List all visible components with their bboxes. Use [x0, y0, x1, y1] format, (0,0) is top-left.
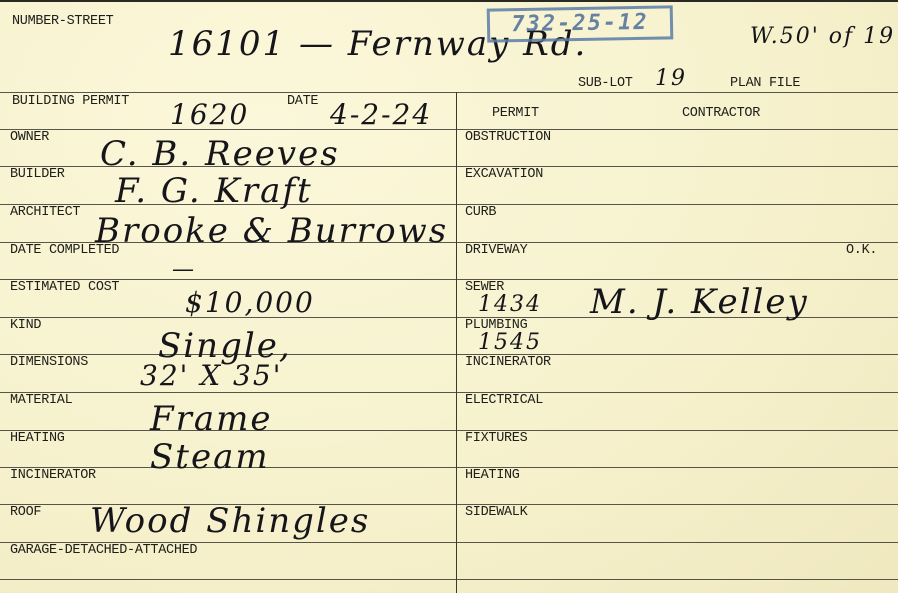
- file-number-stamp: 732-25-12: [487, 5, 674, 42]
- ruled-line: [0, 354, 898, 355]
- permit-driveway-note: O.K.: [846, 243, 877, 259]
- ruled-line: [0, 579, 898, 580]
- building-permit-value: 1620: [170, 98, 249, 131]
- kind-label: KIND: [10, 318, 41, 334]
- owner-label: OWNER: [10, 130, 49, 146]
- permit-incinerator-label: INCINERATOR: [465, 355, 551, 371]
- material-label: MATERIAL: [10, 393, 72, 409]
- ruled-line: [0, 430, 898, 431]
- ruled-line: [0, 467, 898, 468]
- estimated-cost-value: $10,000: [185, 286, 315, 319]
- architect-value: Brooke & Burrows: [95, 211, 448, 251]
- dimensions-value: 32' X 35': [140, 359, 282, 392]
- lot-note: W.50' of 19: [750, 24, 895, 49]
- permit-fixtures-label: FIXTURES: [465, 431, 527, 447]
- garage-detached-attached-label: GARAGE-DETACHED-ATTACHED: [10, 543, 197, 559]
- permit-curb-label: CURB: [465, 205, 496, 221]
- material-value: Frame: [150, 399, 272, 439]
- contractor-column-header: CONTRACTOR: [682, 106, 760, 122]
- sub-lot-value: 19: [655, 66, 687, 91]
- number-street-label: NUMBER-STREET: [12, 14, 113, 30]
- ruled-line: [0, 129, 898, 130]
- ruled-line: [0, 392, 898, 393]
- heating-value: Steam: [150, 437, 270, 477]
- permit-obstruction-label: OBSTRUCTION: [465, 130, 551, 146]
- column-divider: [456, 92, 457, 593]
- sub-lot-label: SUB-LOT: [578, 76, 633, 92]
- owner-value: C. B. Reeves: [100, 134, 340, 174]
- date-completed-value: —: [172, 257, 196, 282]
- permit-sewer-contractor: M. J. Kelley: [590, 282, 809, 322]
- ruled-line: [0, 279, 898, 280]
- plan-file-label: PLAN FILE: [730, 76, 800, 92]
- heating-label: HEATING: [10, 431, 65, 447]
- permit-sidewalk-label: SIDEWALK: [465, 505, 527, 521]
- builder-label: BUILDER: [10, 167, 65, 183]
- date-label: DATE: [287, 94, 318, 110]
- incinerator-label: INCINERATOR: [10, 468, 96, 484]
- date-completed-label: DATE COMPLETED: [10, 243, 119, 259]
- building-permit-card: NUMBER-STREET 16101 — Fernway Rd. 732-25…: [0, 0, 898, 593]
- building-permit-label: BUILDING PERMIT: [12, 94, 129, 110]
- dimensions-label: DIMENSIONS: [10, 355, 88, 371]
- roof-value: Wood Shingles: [90, 501, 370, 541]
- ruled-line: [0, 92, 898, 93]
- permit-electrical-label: ELECTRICAL: [465, 393, 543, 409]
- architect-label: ARCHITECT: [10, 205, 80, 221]
- date-value: 4-2-24: [330, 98, 432, 131]
- permit-column-header: PERMIT: [492, 106, 539, 122]
- permit-sewer-number: 1434: [478, 292, 542, 317]
- permit-excavation-label: EXCAVATION: [465, 167, 543, 183]
- roof-label: ROOF: [10, 505, 41, 521]
- permit-driveway-label: DRIVEWAY: [465, 243, 527, 259]
- permit-plumbing-number: 1545: [478, 330, 542, 355]
- permit-heating-label: HEATING: [465, 468, 520, 484]
- builder-value: F. G. Kraft: [115, 171, 313, 211]
- estimated-cost-label: ESTIMATED COST: [10, 280, 119, 296]
